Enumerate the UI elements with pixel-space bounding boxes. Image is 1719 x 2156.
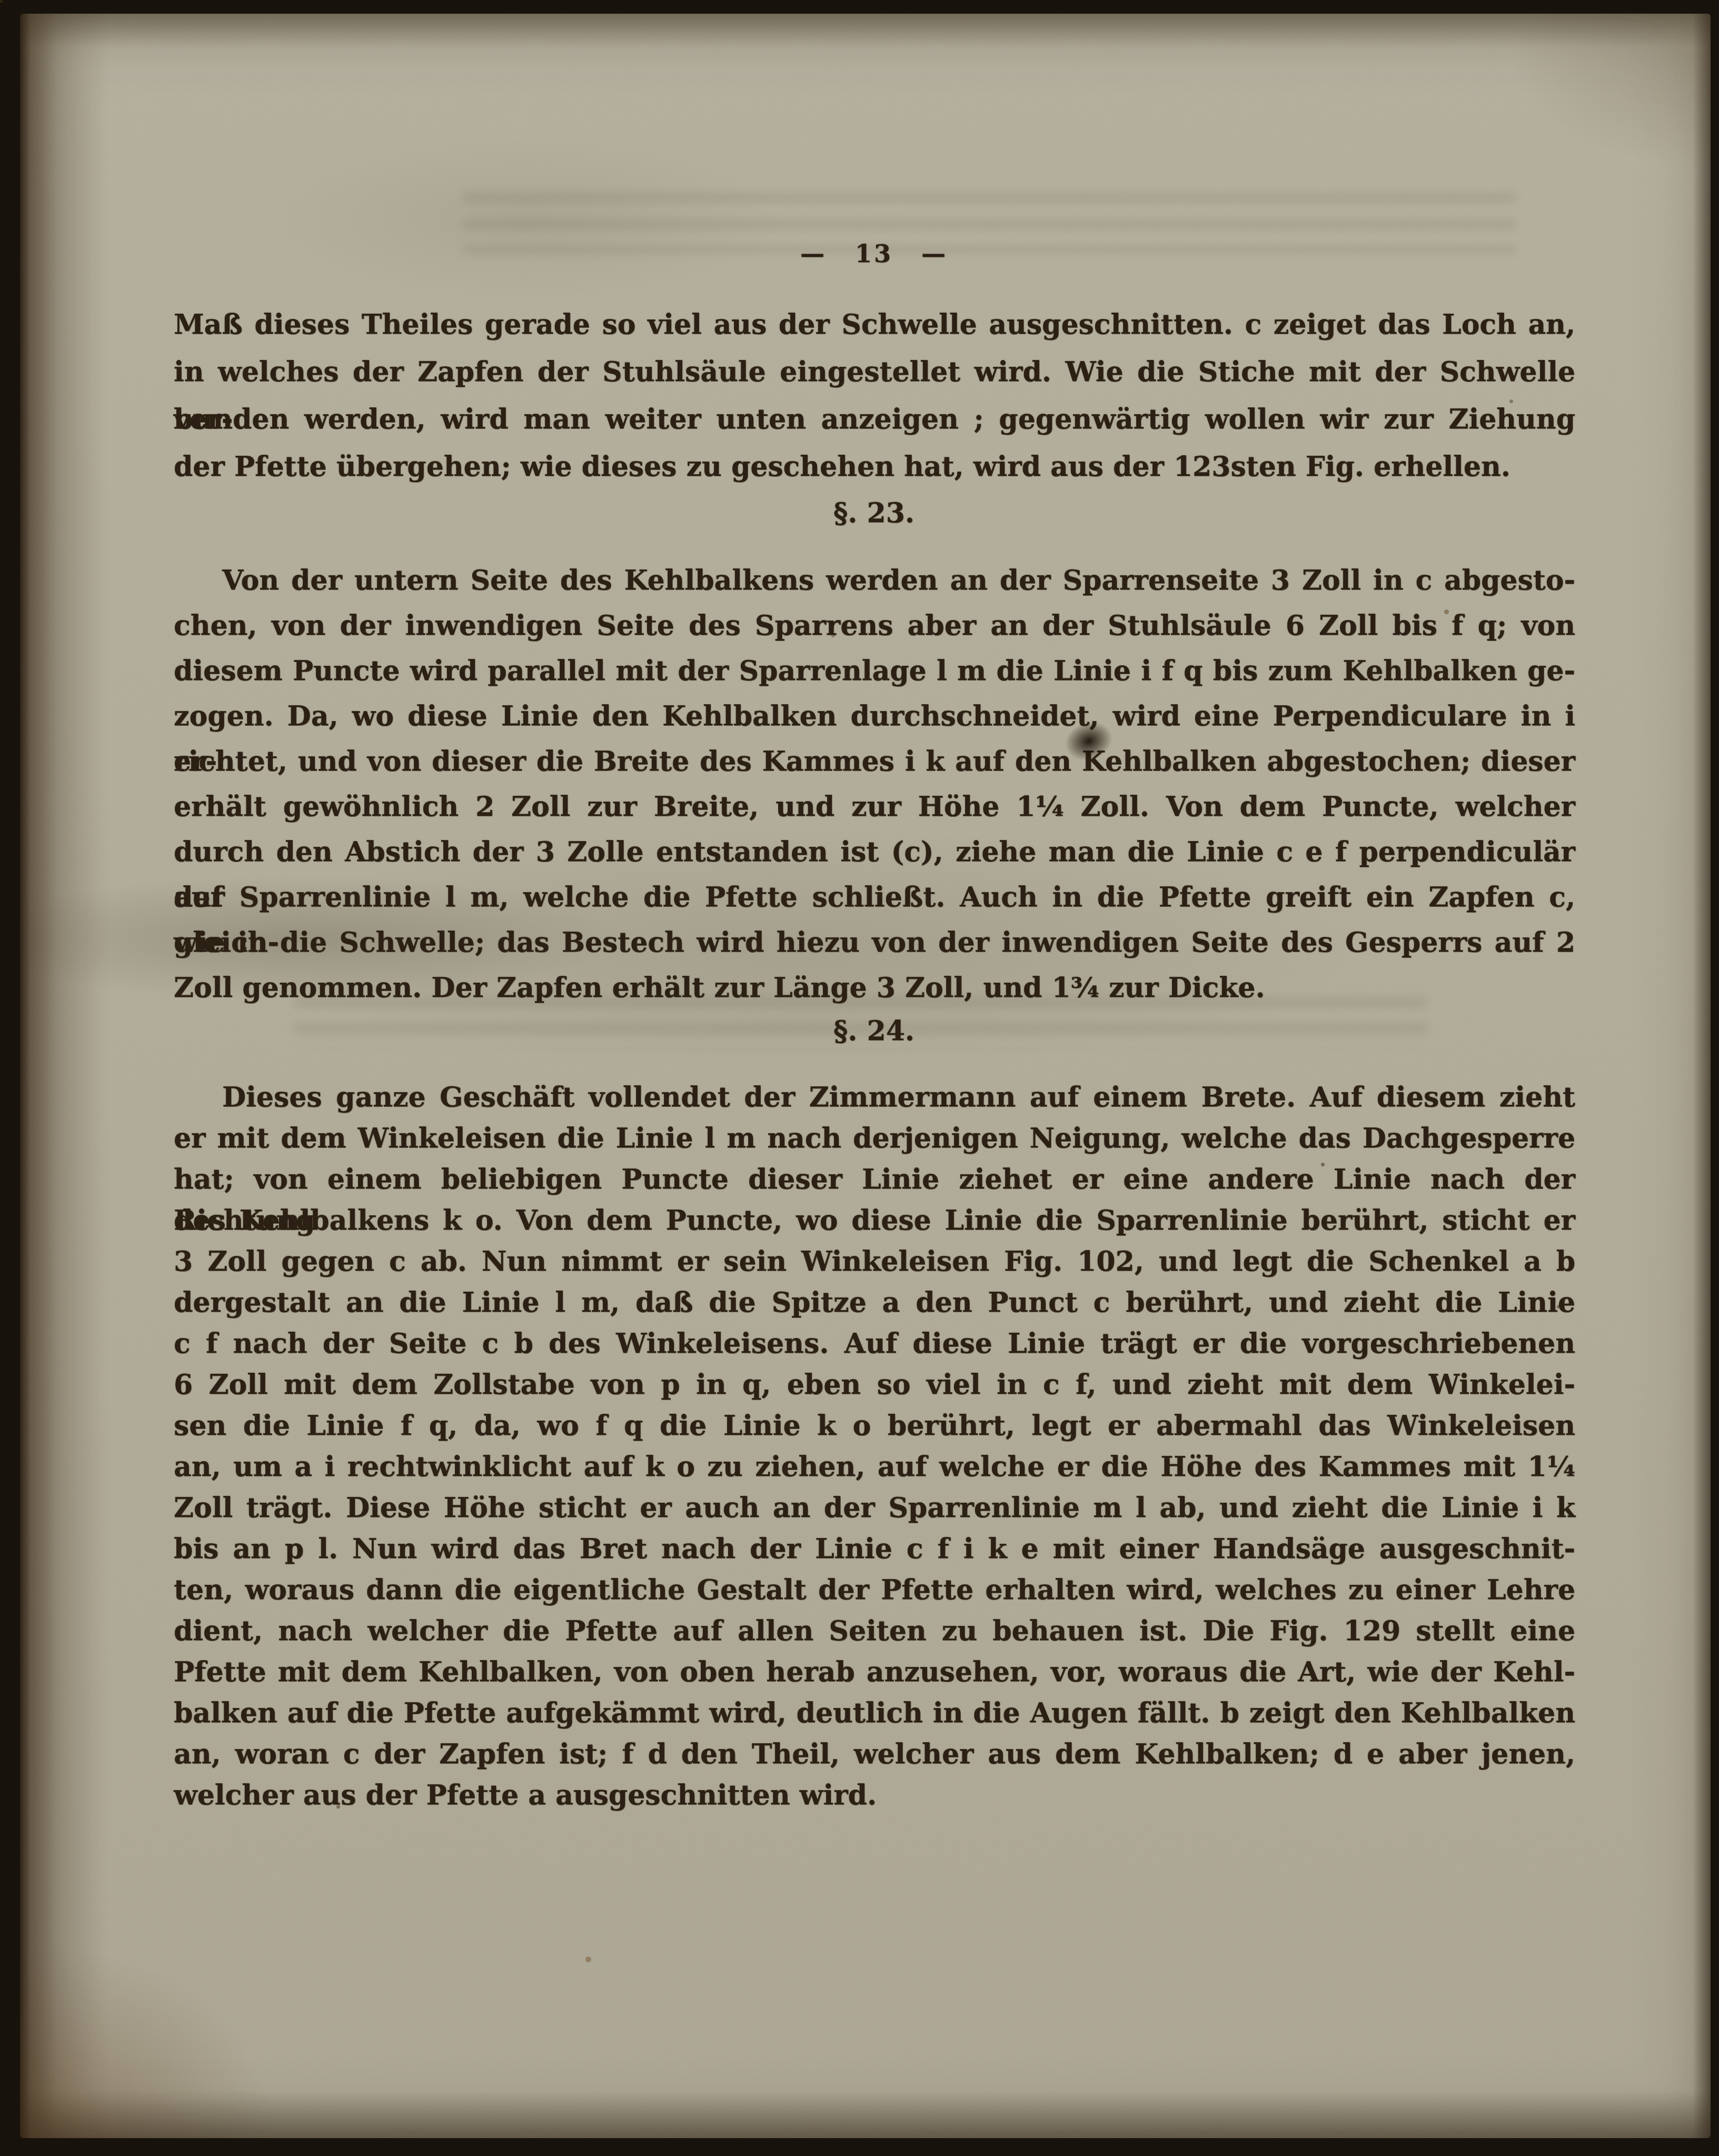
text-line: durch den Abstich der 3 Zolle entstanden…: [174, 830, 1575, 875]
page-number-value: 13: [855, 239, 893, 268]
continuation-paragraph: Maß dieses Theiles gerade so viel aus de…: [174, 301, 1575, 491]
text-line: 3 Zoll gegen c ab. Nun nimmt er sein Win…: [174, 1241, 1575, 1282]
text-line: Zoll genommen. Der Zapfen erhält zur Län…: [174, 965, 1575, 1011]
text-line: richtet, und von dieser die Breite des K…: [174, 739, 1575, 784]
text-line: Von der untern Seite des Kehlbalkens wer…: [174, 558, 1575, 603]
paper-specks: [0, 0, 3, 3]
section-24-heading: §. 24.: [174, 1015, 1574, 1047]
page-number-dash-right: —: [921, 239, 948, 268]
text-line: chen, von der inwendigen Seite des Sparr…: [174, 603, 1575, 648]
section-23-heading: §. 23.: [174, 497, 1574, 529]
text-line: diesem Puncte wird parallel mit der Spar…: [174, 648, 1575, 694]
text-line: sen die Linie f q, da, wo f q die Linie …: [174, 1405, 1575, 1446]
text-line: zogen. Da, wo diese Linie den Kehlbalken…: [174, 694, 1575, 739]
text-line: balken auf die Pfette aufgekämmt wird, d…: [174, 1693, 1575, 1734]
text-line: bis an p l. Nun wird das Bret nach der L…: [174, 1529, 1575, 1570]
scanned-book-photo: { "document": { "language": "de", "page_…: [0, 0, 1719, 2156]
text-line: erhält gewöhnlich 2 Zoll zur Breite, und…: [174, 784, 1575, 830]
text-line: dient, nach welcher die Pfette auf allen…: [174, 1611, 1575, 1652]
text-line: des Kehlbalkens k o. Von dem Puncte, wo …: [174, 1200, 1575, 1241]
text-line: Zoll trägt. Diese Höhe sticht er auch an…: [174, 1488, 1575, 1529]
text-line: an, woran c der Zapfen ist; f d den Thei…: [174, 1734, 1575, 1775]
text-line: c f nach der Seite c b des Winkeleisens.…: [174, 1323, 1575, 1364]
section-23-paragraph: Von der untern Seite des Kehlbalkens wer…: [174, 558, 1575, 1011]
page-number-dash-left: —: [800, 239, 827, 268]
text-line: Maß dieses Theiles gerade so viel aus de…: [174, 301, 1575, 348]
text-line: hat; von einem beliebigen Puncte dieser …: [174, 1159, 1575, 1200]
text-line: er mit dem Winkeleisen die Linie l m nac…: [174, 1118, 1575, 1159]
text-line: an, um a i rechtwinklicht auf k o zu zie…: [174, 1446, 1575, 1488]
text-line: dergestalt an die Linie l m, daß die Spi…: [174, 1282, 1575, 1323]
page-number: — 13 —: [174, 239, 1574, 268]
text-line: Dieses ganze Geschäft vollendet der Zimm…: [174, 1077, 1575, 1118]
text-line: ten, woraus dann die eigentliche Gestalt…: [174, 1570, 1575, 1611]
text-line: Pfette mit dem Kehlbalken, von oben hera…: [174, 1652, 1575, 1693]
text-line: 6 Zoll mit dem Zollstabe von p in q, ebe…: [174, 1364, 1575, 1405]
section-24-paragraph: Dieses ganze Geschäft vollendet der Zimm…: [174, 1077, 1575, 1816]
text-line: der Pfette übergehen; wie dieses zu gesc…: [174, 443, 1575, 491]
text-line: der Sparrenlinie l m, welche die Pfette …: [174, 875, 1575, 920]
text-line: wie in die Schwelle; das Bestech wird hi…: [174, 920, 1575, 965]
text-line: in welches der Zapfen der Stuhlsäule ein…: [174, 348, 1575, 396]
text-line: welcher aus der Pfette a ausgeschnitten …: [174, 1775, 1575, 1816]
text-line: bunden werden, wird man weiter unten anz…: [174, 396, 1575, 443]
